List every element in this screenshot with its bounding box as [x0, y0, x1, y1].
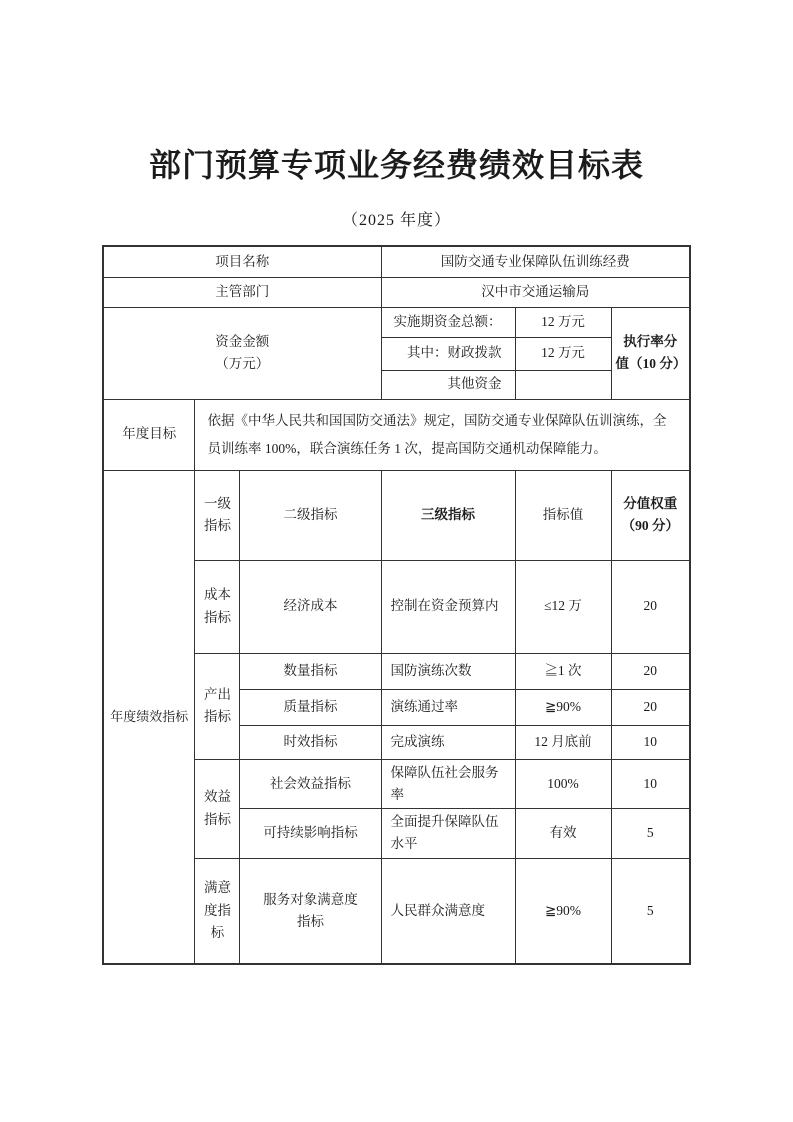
funding-other-label-cell: 其他资金 — [381, 370, 515, 399]
indicator-weight-cell: 5 — [611, 858, 690, 964]
indicator-level3-cell: 全面提升保障队伍水平 — [381, 809, 515, 859]
group-cost-cell: 成本指标 — [195, 560, 240, 653]
indicator-level2-cell: 质量指标 — [240, 689, 381, 725]
indicator-header-row: 年度绩效指标 一级指标 二级指标 三级指标 指标值 分值权重 （90 分） — [103, 470, 690, 560]
document-page: 部门预算专项业务经费绩效目标表 （2025 年度） 项目名称 国防交通专业保障队… — [0, 0, 793, 1122]
group-output-cell: 产出指标 — [195, 653, 240, 759]
document-title: 部门预算专项业务经费绩效目标表 — [0, 0, 793, 186]
indicator-level3-cell: 控制在资金预算内 — [381, 560, 515, 653]
indicator-level3-cell: 保障队伍社会服务率 — [381, 759, 515, 809]
project-name-label-cell: 项目名称 — [103, 246, 381, 277]
indicator-level3-cell: 演练通过率 — [381, 689, 515, 725]
indicator-level2-cell: 经济成本 — [240, 560, 381, 653]
department-value-cell: 汉中市交通运输局 — [381, 277, 690, 307]
indicator-weight-cell: 10 — [611, 725, 690, 759]
indicator-value-cell: 12 月底前 — [515, 725, 611, 759]
project-name-value-cell: 国防交通专业保障队伍训练经费 — [381, 246, 690, 277]
funding-other-value-cell — [515, 370, 611, 399]
funding-total-row: 资金金额 （万元） 实施期资金总额： 12 万元 执行率分 值（10 分） — [103, 307, 690, 337]
indicator-value-cell: ≧90% — [515, 689, 611, 725]
header-value-cell: 指标值 — [515, 470, 611, 560]
indicator-value-cell: ≧1 次 — [515, 653, 611, 689]
indicator-weight-cell: 5 — [611, 809, 690, 859]
annual-goal-label-cell: 年度目标 — [103, 399, 195, 470]
budget-performance-table: 项目名称 国防交通专业保障队伍训练经费 主管部门 汉中市交通运输局 资金金额 （… — [102, 245, 691, 965]
indicator-value-cell: 100% — [515, 759, 611, 809]
group-benefit-cell: 效益指标 — [195, 759, 240, 858]
indicator-level2-cell: 社会效益指标 — [240, 759, 381, 809]
indicator-level2-cell: 数量指标 — [240, 653, 381, 689]
header-weight-cell: 分值权重 （90 分） — [611, 470, 690, 560]
group-satisfaction-cell: 满意度指标 — [195, 858, 240, 964]
indicator-value-cell: 有效 — [515, 809, 611, 859]
performance-section-label-cell: 年度绩效指标 — [103, 470, 195, 964]
department-row: 主管部门 汉中市交通运输局 — [103, 277, 690, 307]
indicator-value-cell: ≧90% — [515, 858, 611, 964]
indicator-weight-cell: 10 — [611, 759, 690, 809]
header-level2-cell: 二级指标 — [240, 470, 381, 560]
header-level3-cell: 三级指标 — [381, 470, 515, 560]
indicator-level2-cell: 可持续影响指标 — [240, 809, 381, 859]
department-label-cell: 主管部门 — [103, 277, 381, 307]
indicator-level3-cell: 人民群众满意度 — [381, 858, 515, 964]
indicator-weight-cell: 20 — [611, 689, 690, 725]
funding-fiscal-label-cell: 其中：财政拨款 — [381, 337, 515, 370]
funding-total-value-cell: 12 万元 — [515, 307, 611, 337]
indicator-weight-cell: 20 — [611, 560, 690, 653]
funding-section-label-cell: 资金金额 （万元） — [103, 307, 381, 399]
annual-goal-text-cell: 依据《中华人民共和国国防交通法》规定，国防交通专业保障队伍训演练，全员训练率 1… — [195, 399, 690, 470]
indicator-level3-cell: 完成演练 — [381, 725, 515, 759]
indicator-level2-cell: 时效指标 — [240, 725, 381, 759]
project-name-row: 项目名称 国防交通专业保障队伍训练经费 — [103, 246, 690, 277]
execution-score-cell: 执行率分 值（10 分） — [611, 307, 690, 399]
header-level1-cell: 一级指标 — [195, 470, 240, 560]
document-subtitle: （2025 年度） — [0, 207, 793, 230]
indicator-level3-cell: 国防演练次数 — [381, 653, 515, 689]
funding-total-label-cell: 实施期资金总额： — [381, 307, 515, 337]
indicator-value-cell: ≤12 万 — [515, 560, 611, 653]
indicator-weight-cell: 20 — [611, 653, 690, 689]
indicator-level2-cell: 服务对象满意度 指标 — [240, 858, 381, 964]
annual-goal-row: 年度目标 依据《中华人民共和国国防交通法》规定，国防交通专业保障队伍训演练，全员… — [103, 399, 690, 470]
funding-fiscal-value-cell: 12 万元 — [515, 337, 611, 370]
